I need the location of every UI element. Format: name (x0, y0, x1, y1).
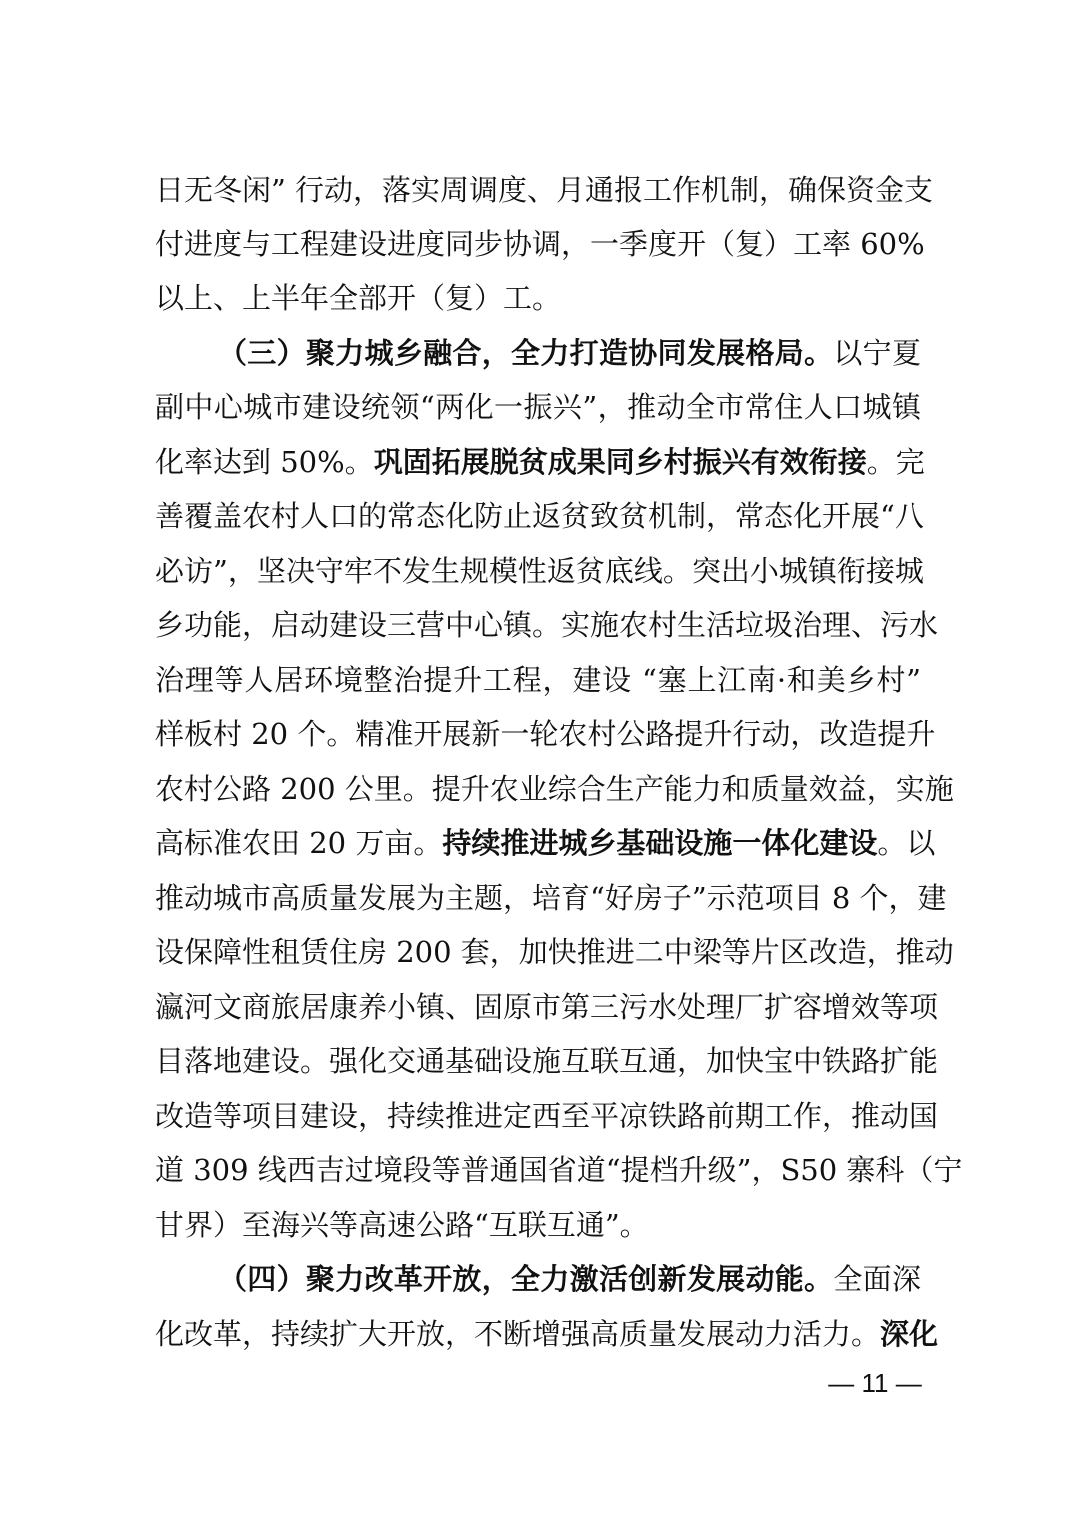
text-line: 改造等项目建设，持续推进定西至平凉铁路前期工作，推动国 (155, 1096, 921, 1136)
text-line: 必访”，坚决守牢不发生规模性返贫底线。突出小城镇衔接城 (155, 551, 921, 591)
text-line: 道 309 线西吉过境段等普通国省道“提档升级”，S50 寨科（宁 (155, 1150, 921, 1190)
text-segment: 以上、上半年全部开（复）工。 (155, 281, 561, 315)
text-line: 样板村 20 个。精准开展新一轮农村公路提升行动，改造提升 (155, 714, 921, 754)
text-segment: 以宁夏 (833, 336, 921, 370)
bold-phrase: 深化 (880, 1317, 938, 1351)
text-line: 农村公路 200 公里。提升农业综合生产能力和质量效益，实施 (155, 769, 921, 809)
text-line: 付进度与工程建设进度同步协调，一季度开（复）工率 60% (155, 224, 921, 264)
text-segment: 推动城市高质量发展为主题，培育“好房子”示范项目 8 个，建 (155, 881, 947, 915)
text-line: 乡功能，启动建设三营中心镇。实施农村生活垃圾治理、污水 (155, 605, 921, 645)
page-number: — 11 — (820, 1365, 930, 1401)
text-line: 化率达到 50%。巩固拓展脱贫成果同乡村振兴有效衔接。完 (155, 442, 921, 482)
text-segment: 。完 (867, 445, 925, 479)
text-segment: 瀛河文商旅居康养小镇、固原市第三污水处理厂扩容增效等项 (155, 990, 938, 1024)
text-line: 治理等人居环境整治提升工程，建设 “塞上江南·和美乡村” (155, 660, 921, 700)
text-segment: 甘界）至海兴等高速公路“互联互通”。 (155, 1208, 649, 1242)
text-line: 日无冬闲” 行动，落实周调度、月通报工作机制，确保资金支 (155, 170, 921, 210)
text-line: 设保障性租赁住房 200 套，加快推进二中梁等片区改造，推动 (155, 932, 921, 972)
text-segment: 治理等人居环境整治提升工程，建设 “塞上江南·和美乡村” (155, 663, 921, 697)
text-segment: 设保障性租赁住房 200 套，加快推进二中梁等片区改造，推动 (155, 935, 954, 969)
text-segment: 样板村 20 个。精准开展新一轮农村公路提升行动，改造提升 (155, 717, 935, 751)
bold-phrase: 持续推进城乡基础设施一体化建设 (442, 826, 877, 860)
bold-phrase: 巩固拓展脱贫成果同乡村振兴有效衔接 (374, 445, 867, 479)
section-heading: （四）聚力改革开放，全力激活创新发展动能。 (218, 1262, 833, 1296)
text-segment: 全面深 (833, 1262, 921, 1296)
text-line: 甘界）至海兴等高速公路“互联互通”。 (155, 1205, 921, 1245)
text-segment: 农村公路 200 公里。提升农业综合生产能力和质量效益，实施 (155, 772, 954, 806)
text-line: 副中心城市建设统领“两化一振兴”，推动全市常住人口城镇 (155, 387, 921, 427)
text-line: 化改革，持续扩大开放，不断增强高质量发展动力活力。深化 (155, 1314, 921, 1354)
text-segment: 高标准农田 20 万亩。 (155, 826, 442, 860)
text-segment: 目落地建设。强化交通基础设施互联互通，加快宝中铁路扩能 (155, 1044, 938, 1078)
section-heading: （三）聚力城乡融合，全力打造协同发展格局。 (218, 336, 833, 370)
text-segment: 付进度与工程建设进度同步协调，一季度开（复）工率 60% (155, 227, 925, 261)
section-heading-line: （四）聚力改革开放，全力激活创新发展动能。全面深 (218, 1259, 921, 1299)
text-segment: 日无冬闲” 行动，落实周调度、月通报工作机制，确保资金支 (155, 173, 933, 207)
text-line: 善覆盖农村人口的常态化防止返贫致贫机制，常态化开展“八 (155, 496, 921, 536)
section-heading-line: （三）聚力城乡融合，全力打造协同发展格局。以宁夏 (218, 333, 921, 373)
text-segment: 乡功能，启动建设三营中心镇。实施农村生活垃圾治理、污水 (155, 608, 938, 642)
text-segment: 。以 (877, 826, 935, 860)
text-line: 瀛河文商旅居康养小镇、固原市第三污水处理厂扩容增效等项 (155, 987, 921, 1027)
text-line: 以上、上半年全部开（复）工。 (155, 278, 921, 318)
text-segment: 善覆盖农村人口的常态化防止返贫致贫机制，常态化开展“八 (155, 499, 924, 533)
text-segment: 必访”，坚决守牢不发生规模性返贫底线。突出小城镇衔接城 (155, 554, 924, 588)
document-page: 日无冬闲” 行动，落实周调度、月通报工作机制，确保资金支 付进度与工程建设进度同… (0, 0, 1074, 1520)
text-segment: 化改革，持续扩大开放，不断增强高质量发展动力活力。 (155, 1317, 880, 1351)
text-segment: 化率达到 50%。 (155, 445, 374, 479)
text-line: 目落地建设。强化交通基础设施互联互通，加快宝中铁路扩能 (155, 1041, 921, 1081)
text-segment: 道 309 线西吉过境段等普通国省道“提档升级”，S50 寨科（宁 (155, 1153, 962, 1187)
text-segment: 副中心城市建设统领“两化一振兴”，推动全市常住人口城镇 (155, 390, 921, 424)
text-segment: 改造等项目建设，持续推进定西至平凉铁路前期工作，推动国 (155, 1099, 938, 1133)
text-line: 高标准农田 20 万亩。持续推进城乡基础设施一体化建设。以 (155, 823, 921, 863)
text-line: 推动城市高质量发展为主题，培育“好房子”示范项目 8 个，建 (155, 878, 921, 918)
